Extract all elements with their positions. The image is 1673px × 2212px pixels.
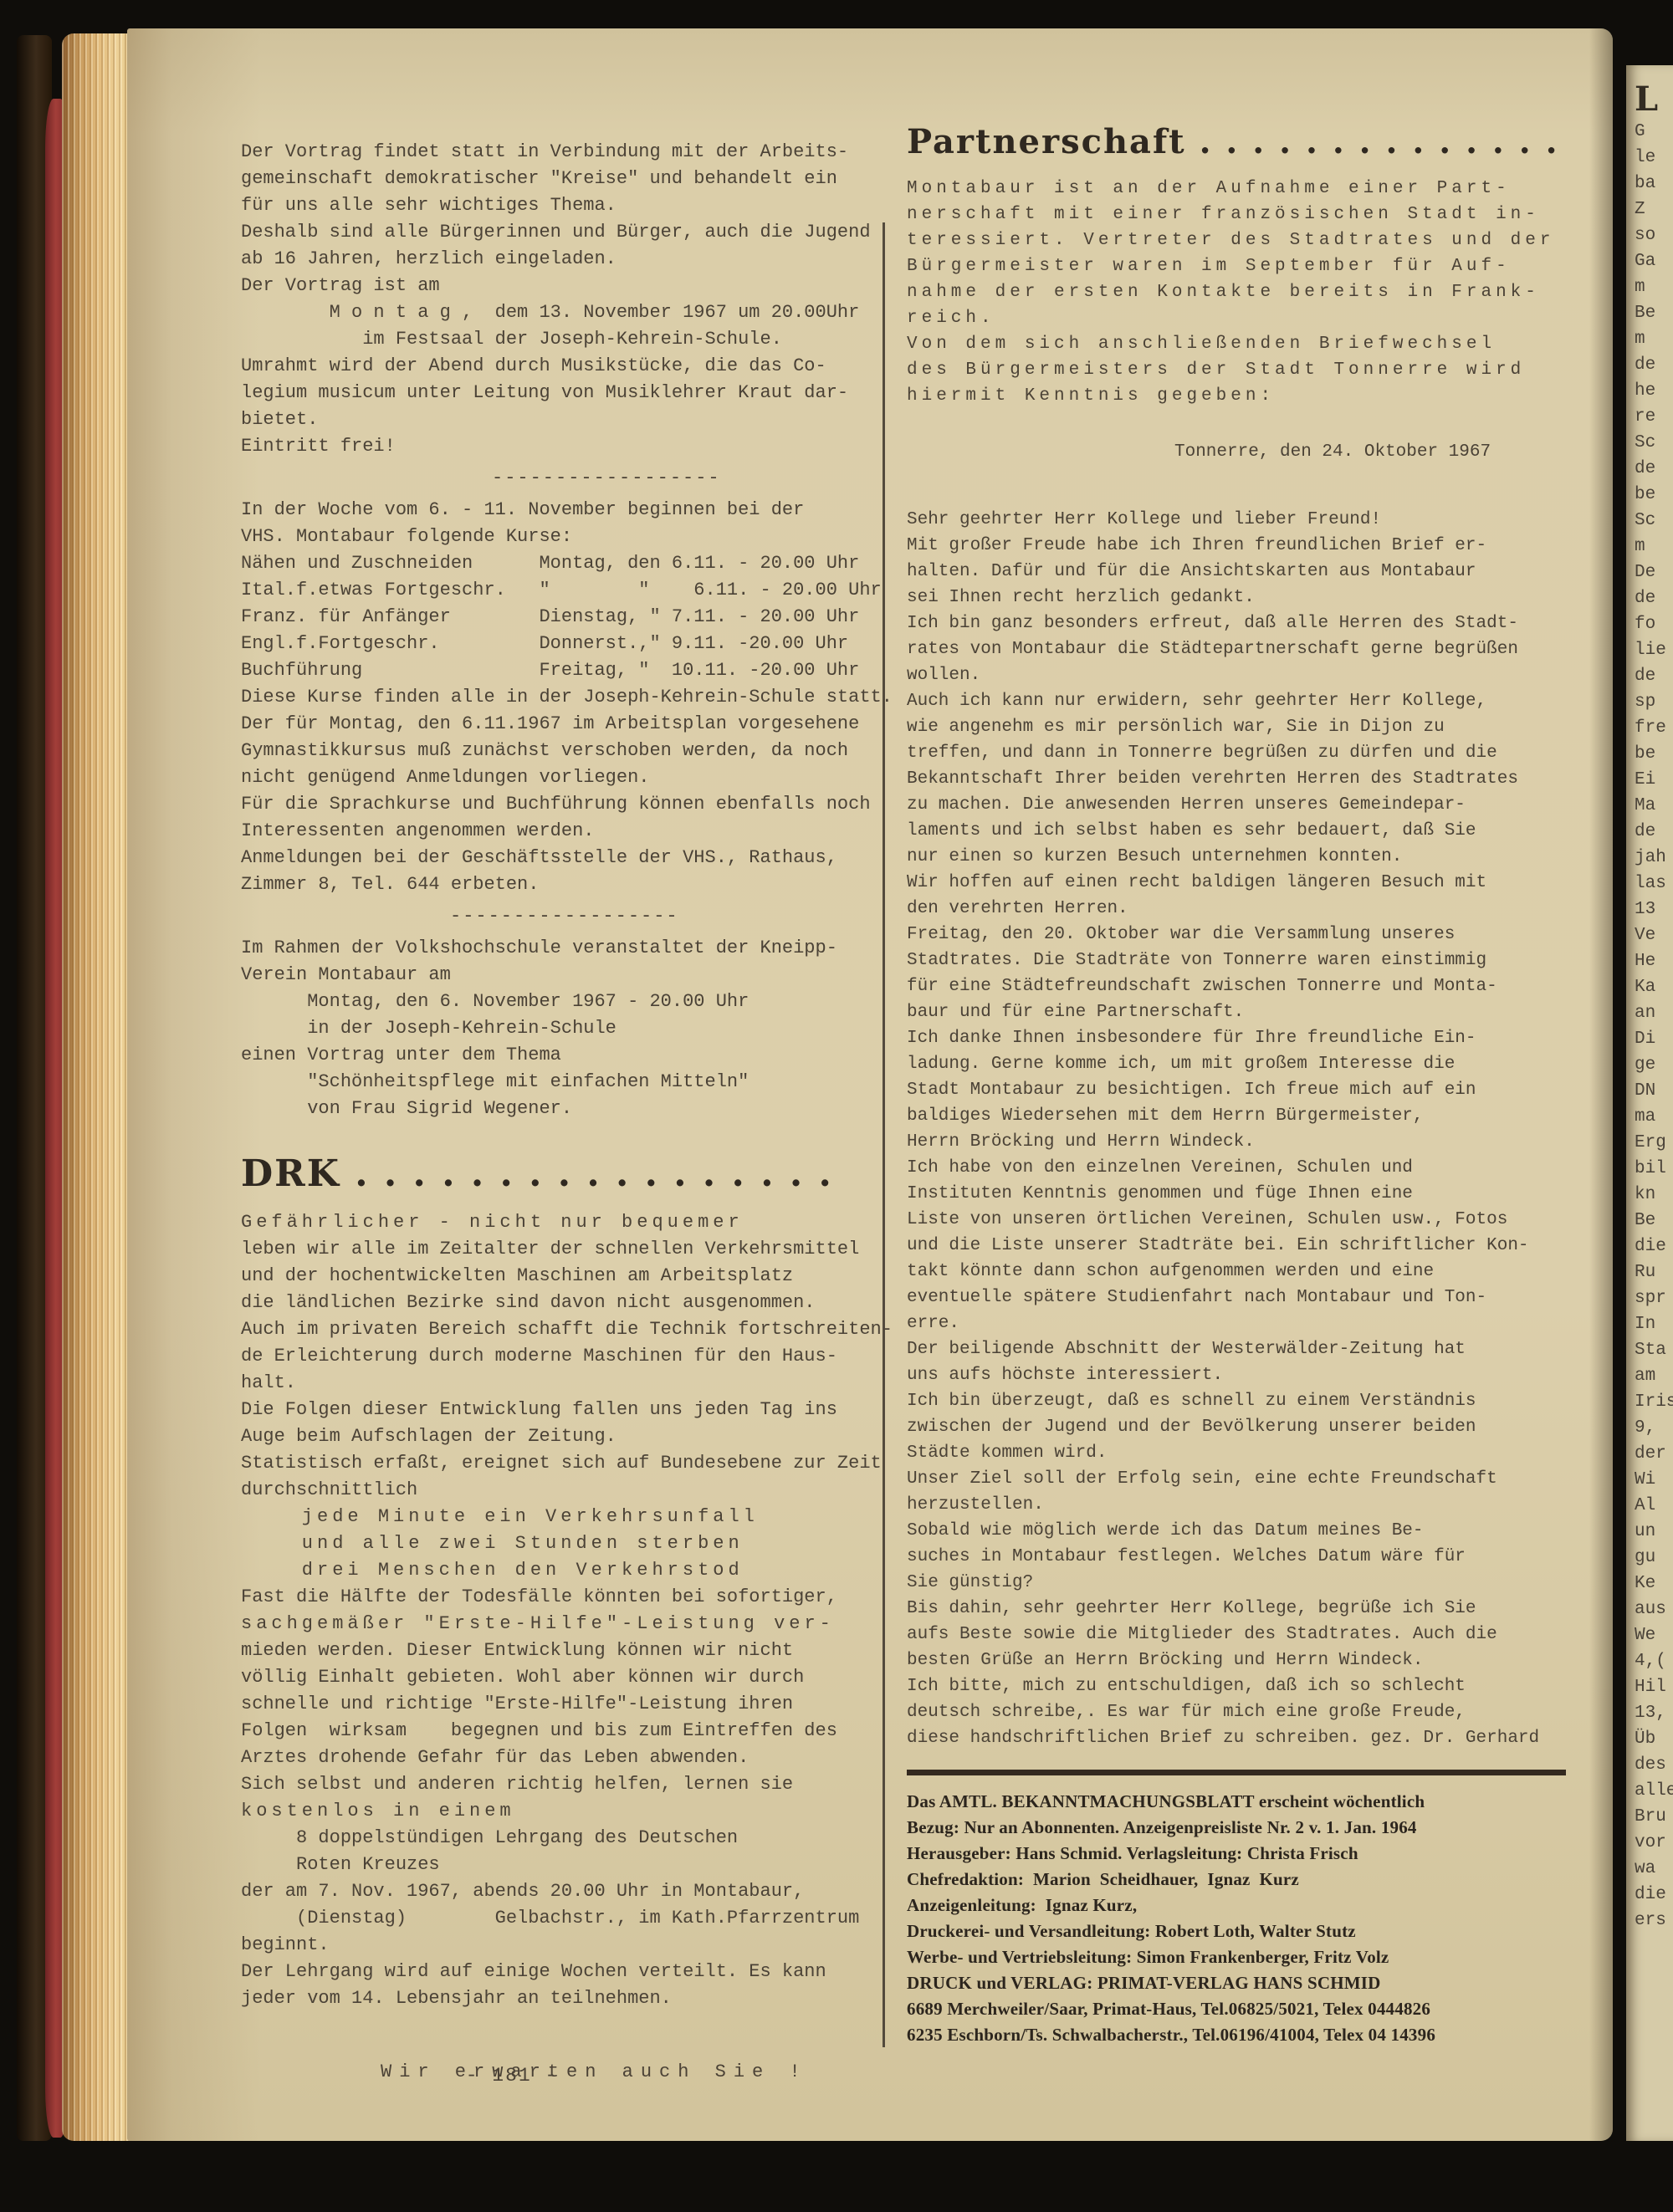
text-line: des — [1635, 1752, 1673, 1778]
text-line: He — [1635, 948, 1673, 974]
text-line: bil — [1635, 1156, 1673, 1182]
text-line: he — [1635, 378, 1673, 404]
text-line: erre. — [907, 1310, 1576, 1336]
text-line: lie — [1635, 637, 1673, 663]
text-line: Gymnastikkursus muß zunächst verschoben … — [241, 738, 898, 764]
impressum-line: 6235 Eschborn/Ts. Schwalbacherstr., Tel.… — [907, 2022, 1576, 2048]
text-line: Ka — [1635, 974, 1673, 1000]
text-line: rates von Montabaur die Städtepartnersch… — [907, 636, 1576, 662]
text-line: im Festsaal der Joseph-Kehrein-Schule. — [241, 326, 898, 353]
text-line: drei Menschen den Verkehrstod — [241, 1557, 898, 1584]
text-line: die ländlichen Bezirke sind davon nicht … — [241, 1290, 898, 1316]
text-line: de — [1635, 456, 1673, 482]
text-line: einen Vortrag unter dem Thema — [241, 1042, 898, 1069]
text-line: die — [1635, 1882, 1673, 1908]
text-line: Arztes drohende Gefahr für das Leben abw… — [241, 1745, 898, 1771]
impressum-line: DRUCK und VERLAG: PRIMAT-VERLAG HANS SCH… — [907, 1970, 1576, 1996]
text-line: L — [1635, 80, 1673, 119]
text-line: aus — [1635, 1596, 1673, 1622]
text-line: We — [1635, 1622, 1673, 1648]
text-line: Anmeldungen bei der Geschäftsstelle der … — [241, 845, 898, 871]
scanned-book-page: Der Vortrag findet statt in Verbindung m… — [0, 0, 1673, 2212]
text-line: Unser Ziel soll der Erfolg sein, eine ec… — [907, 1466, 1576, 1492]
text-line: Be — [1635, 300, 1673, 326]
text-line: für eine Städtefreundschaft zwischen Ton… — [907, 973, 1576, 999]
text-line: teressiert. Vertreter des Stadtrates und… — [907, 227, 1576, 253]
text-line: Für die Sprachkurse und Buchführung könn… — [241, 791, 898, 818]
text-line: "Schönheitspflege mit einfachen Mitteln" — [241, 1069, 898, 1096]
text-line: m — [1635, 534, 1673, 559]
text-line: In — [1635, 1311, 1673, 1337]
text-line: 9, — [1635, 1415, 1673, 1441]
text-line: de — [1635, 819, 1673, 845]
text-line: ba — [1635, 171, 1673, 197]
text-line: eventuelle spätere Studienfahrt nach Mon… — [907, 1285, 1576, 1310]
text-line: Üb — [1635, 1726, 1673, 1752]
text-line: sp — [1635, 689, 1673, 715]
text-line: zwischen der Jugend und der Bevölkerung … — [907, 1414, 1576, 1440]
text-line: Ga — [1635, 248, 1673, 274]
text-line: Umrahmt wird der Abend durch Musikstücke… — [241, 353, 898, 380]
text-line: Stadt Montabaur zu besichtigen. Ich freu… — [907, 1077, 1576, 1103]
text-line: De — [1635, 559, 1673, 585]
text-line: Al — [1635, 1493, 1673, 1519]
text-line: Hil — [1635, 1674, 1673, 1700]
text-line: von Frau Sigrid Wegener. — [241, 1096, 898, 1122]
text-line: Montabaur ist an der Aufnahme einer Part… — [907, 176, 1576, 202]
text-line: des Bürgermeisters der Stadt Tonnerre wi… — [907, 357, 1576, 383]
text-line: 8 doppelstündigen Lehrgang des Deutschen — [241, 1825, 898, 1852]
text-line: herzustellen. — [907, 1492, 1576, 1518]
text-line: Erg — [1635, 1130, 1673, 1156]
text-line: Auge beim Aufschlagen der Zeitung. — [241, 1423, 898, 1450]
text-line: Fast die Hälfte der Todesfälle könnten b… — [241, 1584, 898, 1611]
text-line: vor — [1635, 1830, 1673, 1856]
text-line: den verehrten Herren. — [907, 896, 1576, 922]
text-line: nicht genügend Anmeldungen vorliegen. — [241, 764, 898, 791]
text-line: Auch ich kann nur erwidern, sehr geehrte… — [907, 688, 1576, 714]
text-line: Folgen wirksam begegnen und bis zum Eint… — [241, 1718, 898, 1745]
text-line: Bekanntschaft Ihrer beiden verehrten Her… — [907, 766, 1576, 792]
text-line: Liste von unseren örtlichen Vereinen, Sc… — [907, 1207, 1576, 1233]
text-line: 13, — [1635, 1700, 1673, 1726]
text-line: Wi — [1635, 1467, 1673, 1493]
text-line: un — [1635, 1519, 1673, 1545]
text-line: de Erleichterung durch moderne Maschinen… — [241, 1343, 898, 1370]
text-line: Tonnerre, den 24. Oktober 1967 — [1174, 439, 1576, 465]
text-line: ladung. Gerne komme ich, um mit großem I… — [907, 1051, 1576, 1077]
text-line: Ru — [1635, 1259, 1673, 1285]
text-line: Interessenten angenommen werden. — [241, 818, 898, 845]
text-line: VHS. Montabaur folgende Kurse: — [241, 524, 898, 550]
text-line: Verein Montabaur am — [241, 962, 898, 989]
text-line: Statistisch erfaßt, ereignet sich auf Bu… — [241, 1450, 898, 1477]
text-line: ------------------ — [492, 465, 898, 492]
page-number: - 181 - — [437, 2064, 587, 2087]
right-column: Partnerschaft . . . . . . . . . . . . . … — [907, 122, 1576, 2048]
text-line: so — [1635, 222, 1673, 248]
text-line: 13 — [1635, 897, 1673, 922]
impressum-line: Bezug: Nur an Abonnenten. Anzeigenpreisl… — [907, 1815, 1576, 1841]
text-line: ------------------ — [450, 903, 898, 930]
text-line: DN — [1635, 1078, 1673, 1104]
text-line: Ital.f.etwas Fortgeschr. " " 6.11. - 20.… — [241, 577, 898, 604]
text-line: Sc — [1635, 430, 1673, 456]
text-line: Sehr geehrter Herr Kollege und lieber Fr… — [907, 507, 1576, 533]
left-column: Der Vortrag findet statt in Verbindung m… — [241, 139, 898, 2086]
text-line: Franz. für Anfänger Dienstag, " 7.11. - … — [241, 604, 898, 631]
text-line: reich. — [907, 305, 1576, 331]
text-line: Deshalb sind alle Bürgerinnen und Bürger… — [241, 219, 898, 246]
text-line: Im Rahmen der Volkshochschule veranstalt… — [241, 935, 898, 962]
text-line: Sta — [1635, 1337, 1673, 1363]
text-line: schnelle und richtige "Erste-Hilfe"-Leis… — [241, 1691, 898, 1718]
text-line: gemeinschaft demokratischer "Kreise" und… — [241, 166, 898, 192]
text-line: Der Vortrag ist am — [241, 273, 898, 299]
text-line: Gefährlicher - nicht nur bequemer — [241, 1209, 898, 1236]
text-line: Roten Kreuzes — [241, 1852, 898, 1878]
text-line: Der für Montag, den 6.11.1967 im Arbeits… — [241, 711, 898, 738]
text-line: 4,( — [1635, 1648, 1673, 1674]
text-line: Von dem sich anschließenden Briefwechsel — [907, 331, 1576, 357]
section-heading: Partnerschaft . . . . . . . . . . . . . … — [907, 122, 1576, 162]
text-line: der — [1635, 1441, 1673, 1467]
text-line: nerschaft mit einer französischen Stadt … — [907, 202, 1576, 227]
text-line: Sobald wie möglich werde ich das Datum m… — [907, 1518, 1576, 1544]
text-line: Buchführung Freitag, " 10.11. -20.00 Uhr — [241, 657, 898, 684]
text-line: kn — [1635, 1182, 1673, 1208]
text-line: be — [1635, 741, 1673, 767]
text-line: Instituten Kenntnis genommen und füge Ih… — [907, 1181, 1576, 1207]
text-line: treffen, und dann in Tonnerre begrüßen z… — [907, 740, 1576, 766]
text-line: M o n t a g , dem 13. November 1967 um 2… — [241, 299, 898, 326]
text-line: jah — [1635, 845, 1673, 871]
text-line: die — [1635, 1234, 1673, 1259]
text-line: hiermit Kenntnis gegeben: — [907, 383, 1576, 409]
impressum-line: Anzeigenleitung: Ignaz Kurz, — [907, 1893, 1576, 1918]
text-line: kostenlos in einem — [241, 1798, 898, 1825]
text-line: fo — [1635, 611, 1673, 637]
text-line: Ich habe von den einzelnen Vereinen, Sch… — [907, 1155, 1576, 1181]
impressum-line: Herausgeber: Hans Schmid. Verlagsleitung… — [907, 1841, 1576, 1867]
footer-rule — [907, 1770, 1566, 1775]
text-line: Ich danke Ihnen insbesondere für Ihre fr… — [907, 1025, 1576, 1051]
text-line: Di — [1635, 1026, 1673, 1052]
text-line: Der Lehrgang wird auf einige Wochen vert… — [241, 1959, 898, 1985]
text-line: alle — [1635, 1778, 1673, 1804]
text-line: sachgemäßer "Erste-Hilfe"-Leistung ver- — [241, 1611, 898, 1637]
text-line: G — [1635, 119, 1673, 145]
text-line: Bis dahin, sehr geehrter Herr Kollege, b… — [907, 1596, 1576, 1622]
text-line: be — [1635, 482, 1673, 508]
text-line: m — [1635, 274, 1673, 300]
text-line: de — [1635, 585, 1673, 611]
text-line: Die Folgen dieser Entwicklung fallen uns… — [241, 1397, 898, 1423]
section-heading: DRK . . . . . . . . . . . . . . . . . — [241, 1152, 898, 1196]
text-line: Auch im privaten Bereich schafft die Tec… — [241, 1316, 898, 1343]
text-line: Eintritt frei! — [241, 433, 898, 460]
text-line: Bru — [1635, 1804, 1673, 1830]
text-line: und alle zwei Stunden sterben — [241, 1530, 898, 1557]
text-line: sei Ihnen recht herzlich gedankt. — [907, 585, 1576, 610]
text-line: aufs Beste sowie die Mitglieder des Stad… — [907, 1622, 1576, 1648]
text-line: und der hochentwickelten Maschinen am Ar… — [241, 1263, 898, 1290]
text-line: Herrn Bröcking und Herrn Windeck. — [907, 1129, 1576, 1155]
text-line: mieden werden. Dieser Entwicklung können… — [241, 1637, 898, 1664]
text-line: Ei — [1635, 767, 1673, 793]
text-line: uns aufs höchste interessiert. — [907, 1362, 1576, 1388]
text-line: In der Woche vom 6. - 11. November begin… — [241, 497, 898, 524]
next-page-edge: LGlebaZsoGamBemdehereScdebeScmDedefolied… — [1626, 65, 1673, 2141]
text-line: spr — [1635, 1285, 1673, 1311]
text-line: ab 16 Jahren, herzlich eingeladen. — [241, 246, 898, 273]
text-line: Zimmer 8, Tel. 644 erbeten. — [241, 871, 898, 898]
text-line: am — [1635, 1363, 1673, 1389]
text-line: baur und für eine Partnerschaft. — [907, 999, 1576, 1025]
text-line: re — [1635, 404, 1673, 430]
text-line: an — [1635, 1000, 1673, 1026]
text-line: Sich selbst und anderen richtig helfen, … — [241, 1771, 898, 1798]
text-line: für uns alle sehr wichtiges Thema. — [241, 192, 898, 219]
text-line: und die Liste unserer Stadträte bei. Ein… — [907, 1233, 1576, 1259]
text-line: halten. Dafür und für die Ansichtskarten… — [907, 559, 1576, 585]
text-line: Sie günstig? — [907, 1570, 1576, 1596]
text-line: Z — [1635, 197, 1673, 222]
main-page: Der Vortrag findet statt in Verbindung m… — [127, 28, 1613, 2141]
text-line: Wir hoffen auf einen recht baldigen läng… — [907, 870, 1576, 896]
text-line: Städte kommen wird. — [907, 1440, 1576, 1466]
text-line: fre — [1635, 715, 1673, 741]
text-line: ma — [1635, 1104, 1673, 1130]
text-line: Der Vortrag findet statt in Verbindung m… — [241, 139, 898, 166]
impressum-line: 6689 Merchweiler/Saar, Primat-Haus, Tel.… — [907, 1996, 1576, 2022]
text-line: nur einen so kurzen Besuch unternehmen k… — [907, 844, 1576, 870]
text-line: bietet. — [241, 406, 898, 433]
impressum-line: Das AMTL. BEKANNTMACHUNGSBLATT erscheint… — [907, 1789, 1576, 1815]
text-line: Bürgermeister waren im September für Auf… — [907, 253, 1576, 279]
text-line: Ich bitte, mich zu entschuldigen, daß ic… — [907, 1673, 1576, 1699]
text-line: suches in Montabaur festlegen. Welches D… — [907, 1544, 1576, 1570]
text-line: Engl.f.Fortgeschr. Donnerst.," 9.11. -20… — [241, 631, 898, 657]
text-line: Sc — [1635, 508, 1673, 534]
text-line: jeder vom 14. Lebensjahr an teilnehmen. — [241, 1985, 898, 2012]
text-line: las — [1635, 871, 1673, 897]
text-line: m — [1635, 326, 1673, 352]
text-line: durchschnittlich — [241, 1477, 898, 1504]
text-line: Ke — [1635, 1571, 1673, 1596]
text-line: Ma — [1635, 793, 1673, 819]
impressum-line: Chefredaktion: Marion Scheidhauer, Ignaz… — [907, 1867, 1576, 1893]
text-line: beginnt. — [241, 1932, 898, 1959]
text-line: Ve — [1635, 922, 1673, 948]
text-line: wollen. — [907, 662, 1576, 688]
text-line: Mit großer Freude habe ich Ihren freundl… — [907, 533, 1576, 559]
text-line: der am 7. Nov. 1967, abends 20.00 Uhr in… — [241, 1878, 898, 1905]
text-line: Be — [1635, 1208, 1673, 1234]
text-line: Nähen und Zuschneiden Montag, den 6.11. … — [241, 550, 898, 577]
text-line: Der beiligende Abschnitt der Westerwälde… — [907, 1336, 1576, 1362]
text-line: Montag, den 6. November 1967 - 20.00 Uhr — [241, 989, 898, 1015]
text-line: takt könnte dann schon aufgenommen werde… — [907, 1259, 1576, 1285]
text-line: (Dienstag) Gelbachstr., im Kath.Pfarrzen… — [241, 1905, 898, 1932]
text-line: Freitag, den 20. Oktober war die Versamm… — [907, 922, 1576, 948]
text-line: jede Minute ein Verkehrsunfall — [241, 1504, 898, 1530]
text-line: in der Joseph-Kehrein-Schule — [241, 1015, 898, 1042]
text-line: diese handschriftlichen Brief zu schreib… — [907, 1725, 1576, 1751]
text-line: Stadtrates. Die Stadträte von Tonnerre w… — [907, 948, 1576, 973]
text-line: Ich bin überzeugt, daß es schnell zu ein… — [907, 1388, 1576, 1414]
text-line: deutsch schreibe,. Es war für mich eine … — [907, 1699, 1576, 1725]
text-line: wa — [1635, 1856, 1673, 1882]
text-line: laments und ich selbst haben es sehr bed… — [907, 818, 1576, 844]
page-stack-edge — [62, 33, 130, 2141]
impressum-line: Druckerei- und Versandleitung: Robert Lo… — [907, 1918, 1576, 1944]
text-line: ers — [1635, 1908, 1673, 1934]
text-line: de — [1635, 663, 1673, 689]
text-line: de — [1635, 352, 1673, 378]
text-line: Ich bin ganz besonders erfreut, daß alle… — [907, 610, 1576, 636]
text-line: leben wir alle im Zeitalter der schnelle… — [241, 1236, 898, 1263]
text-line: Diese Kurse finden alle in der Joseph-Ke… — [241, 684, 898, 711]
text-line: zu machen. Die anwesenden Herren unseres… — [907, 792, 1576, 818]
text-line: wie angenehm es mir persönlich war, Sie … — [907, 714, 1576, 740]
text-line: ge — [1635, 1052, 1673, 1078]
text-line: Iris — [1635, 1389, 1673, 1415]
impressum-line: Werbe- und Vertriebsleitung: Simon Frank… — [907, 1944, 1576, 1970]
text-line: gu — [1635, 1545, 1673, 1571]
text-line: nahme der ersten Kontakte bereits in Fra… — [907, 279, 1576, 305]
text-line: le — [1635, 145, 1673, 171]
text-line: legium musicum unter Leitung von Musikle… — [241, 380, 898, 406]
text-line: baldiges Wiedersehen mit dem Herrn Bürge… — [907, 1103, 1576, 1129]
text-line: völlig Einhalt gebieten. Wohl aber könne… — [241, 1664, 898, 1691]
text-line: besten Grüße an Herrn Bröcking und Herrn… — [907, 1648, 1576, 1673]
text-line: halt. — [241, 1370, 898, 1397]
